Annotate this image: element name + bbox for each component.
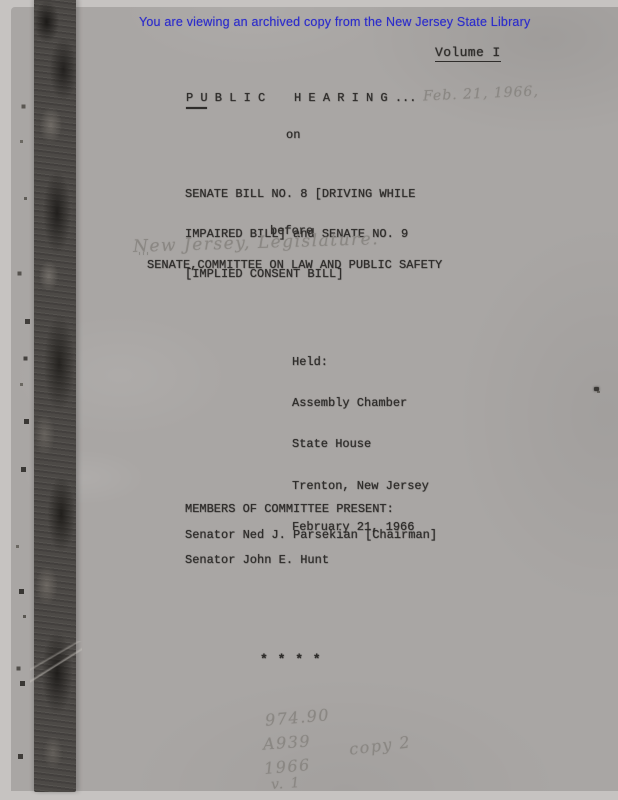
separator-stars: * * * *: [260, 652, 322, 667]
binding-tape: [34, 0, 76, 792]
stitch-marks: [0, 0, 3, 3]
committee-name: SENATE,COMMITTEE ON LAW AND PUBLIC SAFET…: [147, 258, 442, 272]
volume-label: Volume I: [435, 45, 501, 62]
members-heading: MEMBERS OF COMMITTEE PRESENT:: [185, 502, 394, 516]
held-line: State House: [292, 438, 429, 452]
call-number-cutter: A939: [262, 731, 311, 753]
held-line: Assembly Chamber: [292, 397, 429, 411]
scanned-cover-page: You are viewing an archived copy from th…: [0, 0, 618, 800]
page-title: P U B L I C H E A R I N G ...: [186, 91, 416, 105]
title-underline: [186, 107, 207, 109]
on-word: on: [286, 128, 300, 142]
call-number-volume: v. 1: [270, 775, 301, 793]
held-label: Held:: [292, 356, 429, 370]
member-name: Senator John E. Hunt: [185, 553, 329, 567]
member-name: Senator Ned J. Parsekian [Chairman]: [185, 528, 437, 542]
page-edge-smudge: [594, 387, 599, 391]
archive-banner-text: You are viewing an archived copy from th…: [139, 15, 530, 29]
held-line: Trenton, New Jersey: [292, 480, 429, 494]
call-number-year: 1966: [263, 755, 311, 778]
bill-title-line: SENATE BILL NO. 8 [DRIVING WHILE: [185, 188, 415, 201]
